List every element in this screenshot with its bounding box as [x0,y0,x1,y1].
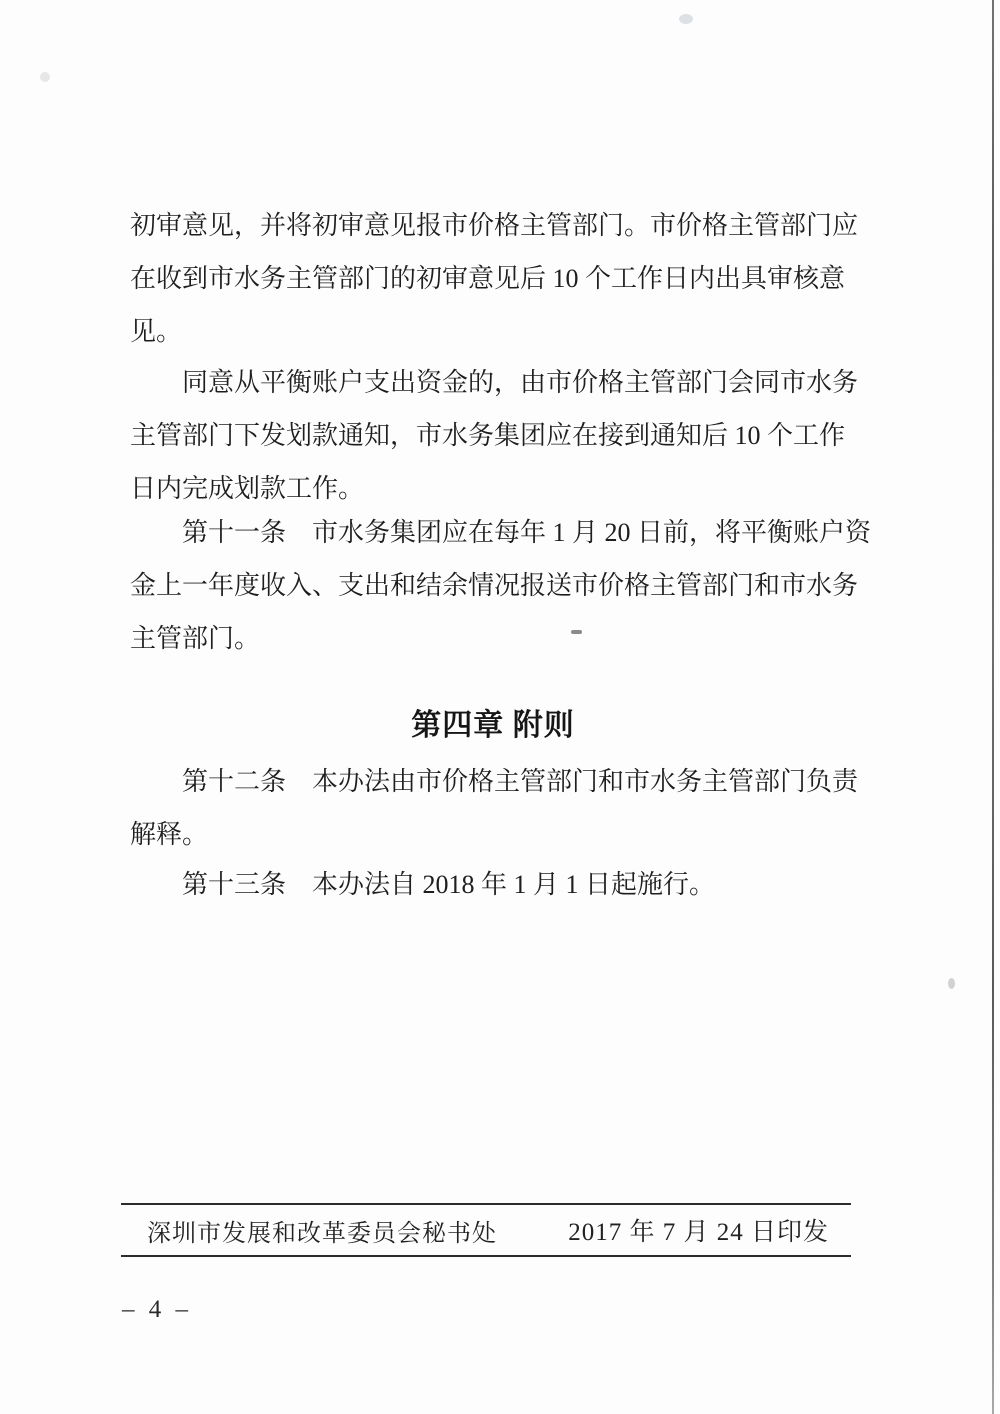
body-text-line: 解释。 [130,808,870,861]
scanned-document-page: 初审意见，并将初审意见报市价格主管部门。市价格主管部门应 在收到市水务主管部门的… [0,0,1000,1414]
footer-print-date: 2017 年 7 月 24 日印发 [568,1212,829,1248]
chapter-heading: 第四章 附则 [130,706,856,746]
scan-speck [571,630,582,634]
scan-speck [948,978,955,989]
scan-speck [40,72,50,82]
page-number: – 4 – [122,1296,192,1324]
paragraph-article-13: 第十三条 本办法自 2018 年 1 月 1 日起施行。 [130,858,870,911]
footer: 深圳市发展和改革委员会秘书处 2017 年 7 月 24 日印发 [121,1206,851,1254]
scan-artifact-vertical-line [992,0,994,1414]
paragraph-article-12: 第十二条 本办法由市价格主管部门和市水务主管部门负责 解释。 [130,755,870,861]
body-text-line: 见。 [130,305,870,358]
paragraph-article-11: 第十一条 市水务集团应在每年 1 月 20 日前，将平衡账户资 金上一年度收入、… [130,506,870,665]
body-text-line: 第十二条 本办法由市价格主管部门和市水务主管部门负责 [130,755,870,808]
footer-issuer: 深圳市发展和改革委员会秘书处 [147,1213,497,1248]
body-text-line: 主管部门下发划款通知，市水务集团应在接到通知后 10 个工作 [130,409,870,462]
body-text-line: 金上一年度收入、支出和结余情况报送市价格主管部门和市水务 [130,559,870,612]
body-text-line: 同意从平衡账户支出资金的，由市价格主管部门会同市水务 [130,356,870,409]
paragraph-fund-transfer: 同意从平衡账户支出资金的，由市价格主管部门会同市水务 主管部门下发划款通知，市水… [130,356,870,515]
body-text-line: 第十三条 本办法自 2018 年 1 月 1 日起施行。 [130,858,870,911]
body-text-line: 在收到市水务主管部门的初审意见后 10 个工作日内出具审核意 [130,252,870,305]
footer-rule-top [121,1203,851,1205]
footer-rule-bottom [121,1255,851,1257]
body-text-line: 主管部门。 [130,612,870,665]
body-text-line: 第十一条 市水务集团应在每年 1 月 20 日前，将平衡账户资 [130,506,870,559]
body-text-line: 初审意见，并将初审意见报市价格主管部门。市价格主管部门应 [130,199,870,252]
paragraph-review-opinion: 初审意见，并将初审意见报市价格主管部门。市价格主管部门应 在收到市水务主管部门的… [130,199,870,358]
scan-speck [679,14,693,24]
